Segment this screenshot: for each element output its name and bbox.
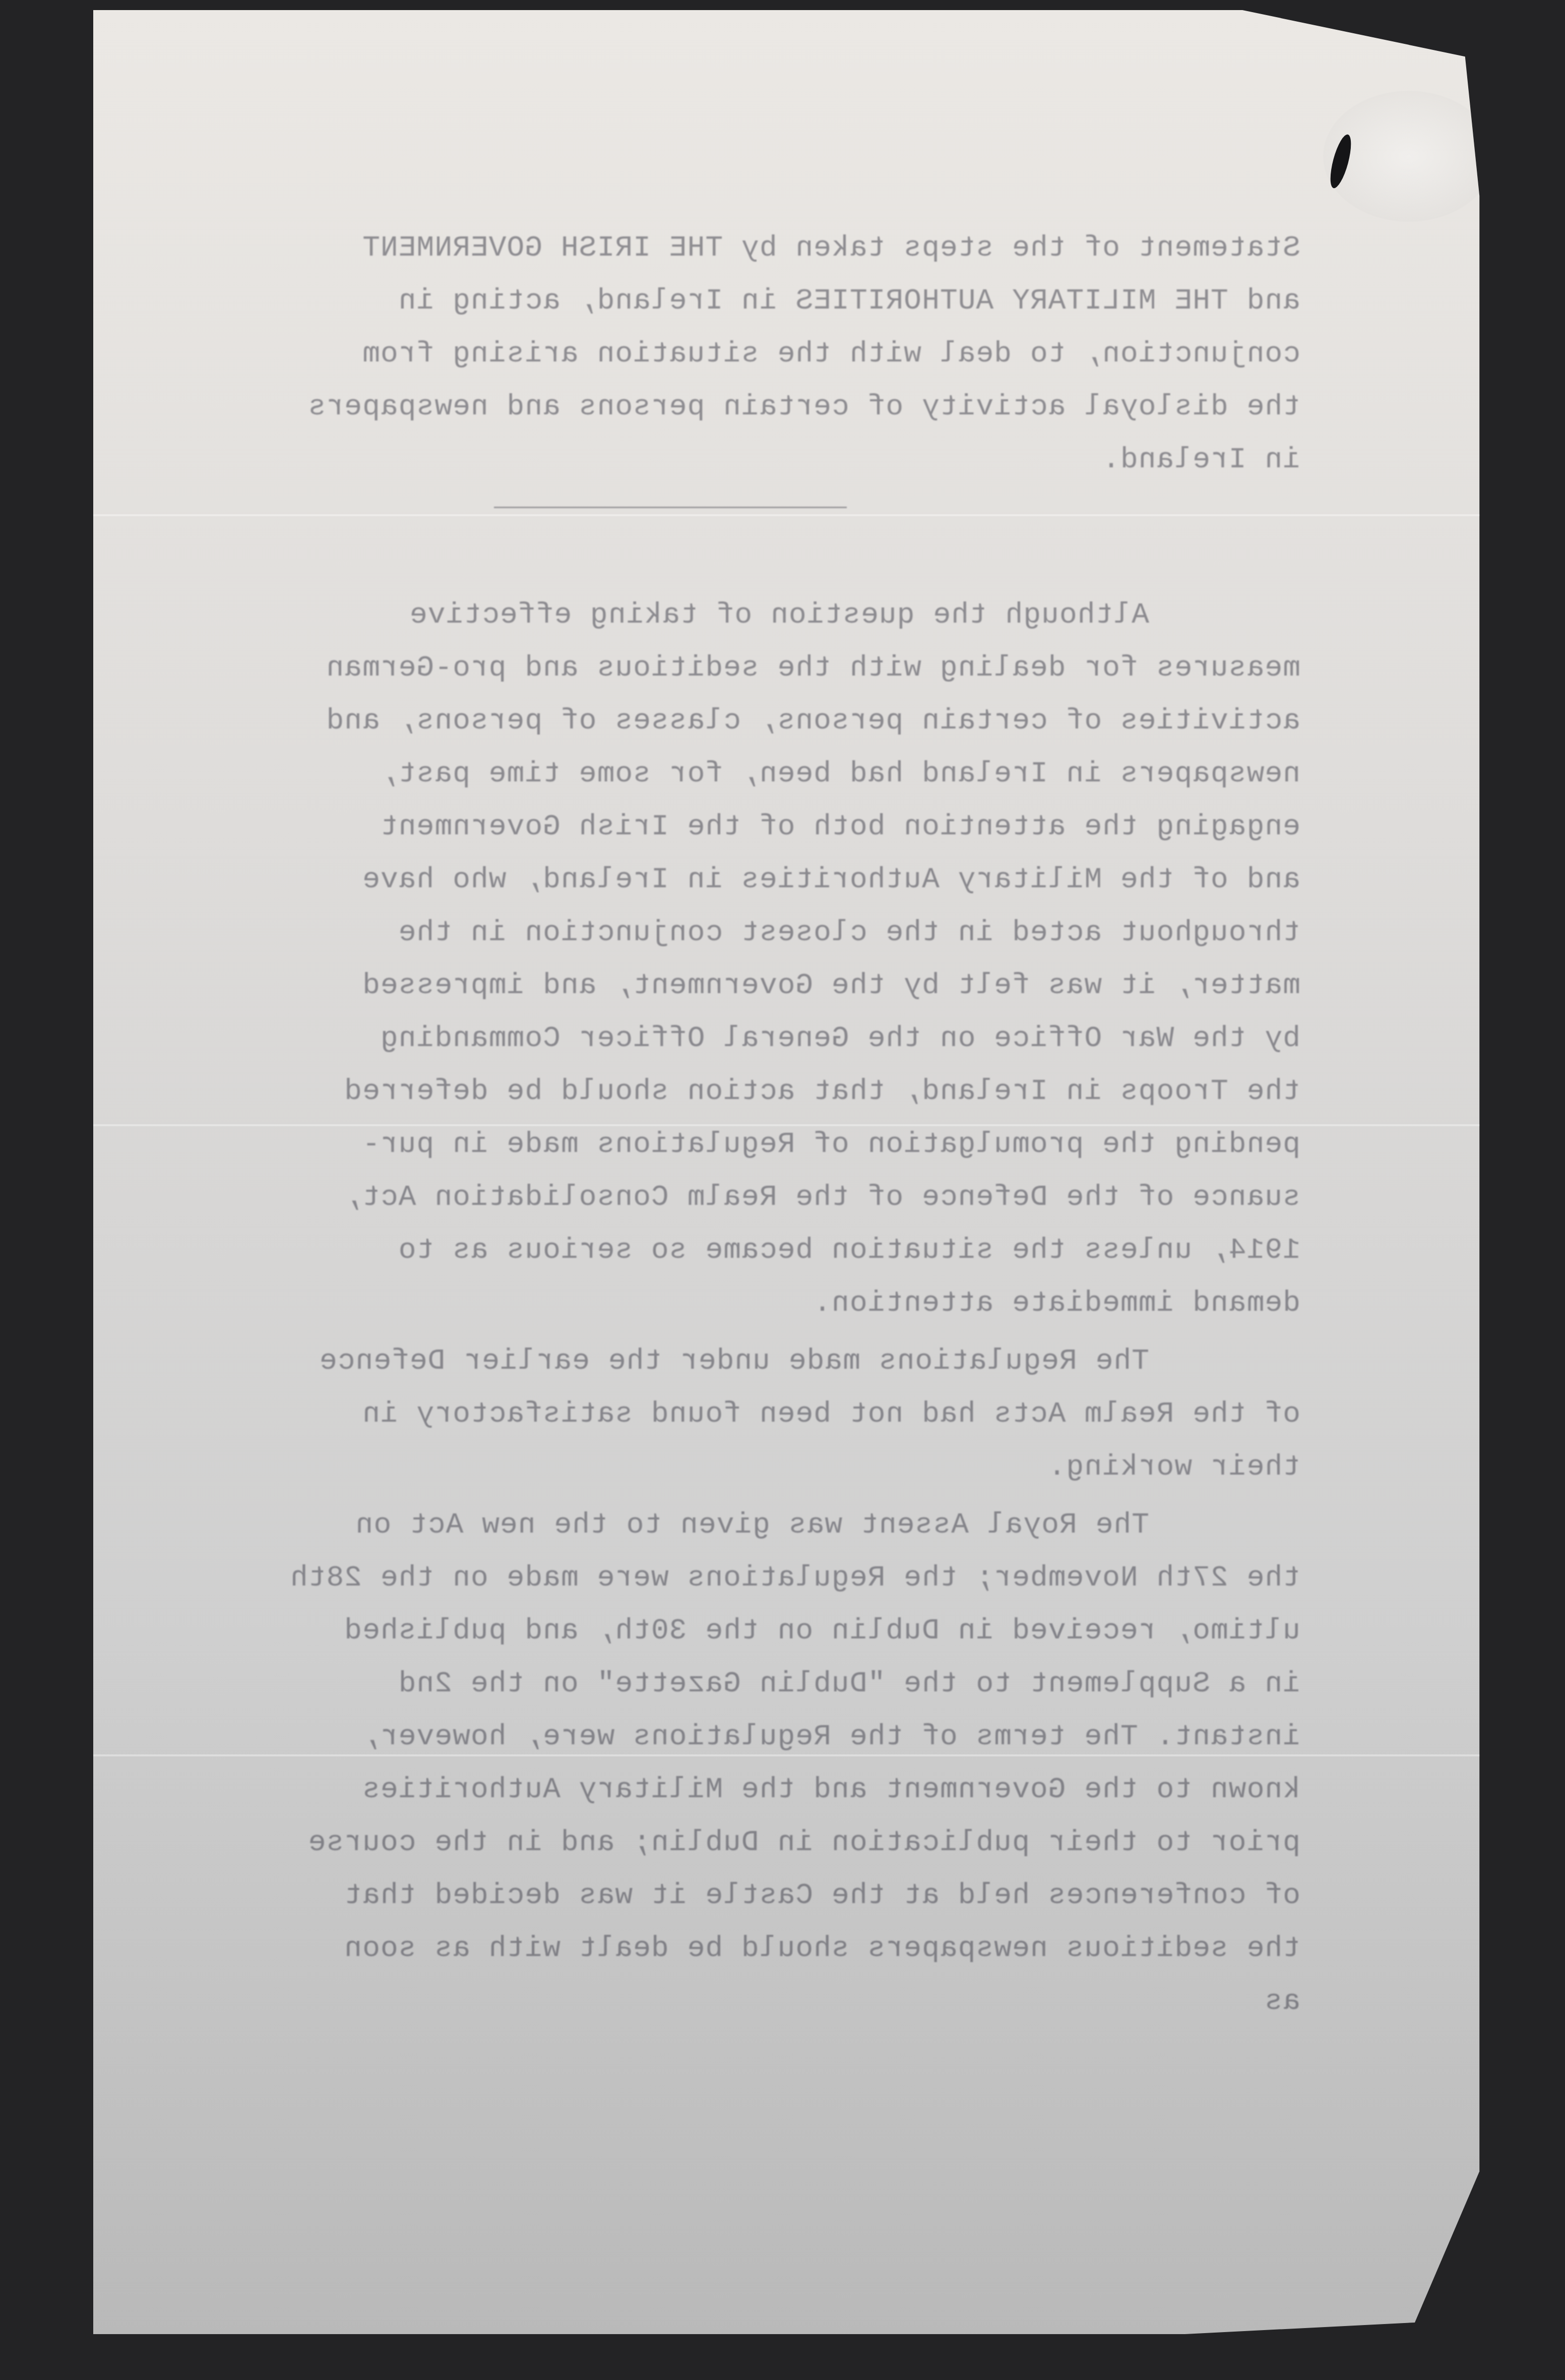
text-line: as — [343, 1975, 1300, 2028]
text-line: ultimo, received in Dublin on the 30th, … — [343, 1605, 1300, 1658]
heading-line: conjunction, to deal with the situation … — [343, 328, 1300, 381]
heading-line: and THE MILITARY AUTHORITIES in Ireland,… — [343, 275, 1300, 328]
paragraph: The Regulations made under the earlier D… — [343, 1335, 1300, 1494]
typed-text: Statement of the steps taken by THE IRIS… — [343, 222, 1300, 2033]
text-line: demand immediate attention. — [343, 1277, 1300, 1330]
text-line: prior to their publication in Dublin; an… — [343, 1816, 1300, 1869]
text-line: and of the Military Authorities in Irela… — [343, 853, 1300, 906]
text-line: throughout acted in the closest conjunct… — [343, 906, 1300, 959]
text-line: of the Realm Acts had not been found sat… — [343, 1388, 1300, 1441]
text-line: the seditious newspapers should be dealt… — [343, 1922, 1300, 1975]
heading-line: the disloyal activity of certain persons… — [343, 381, 1300, 434]
document-heading: Statement of the steps taken by THE IRIS… — [343, 222, 1300, 486]
heading-divider — [494, 507, 847, 508]
text-line: newspapers in Ireland had been, for some… — [343, 748, 1300, 801]
document-page: Statement of the steps taken by THE IRIS… — [93, 10, 1530, 2334]
paragraph: The Royal Assent was given to the new Ac… — [343, 1499, 1300, 2028]
text-line: matter, it was felt by the Government, a… — [343, 959, 1300, 1012]
text-line: the Troops in Ireland, that action shoul… — [343, 1065, 1300, 1118]
text-line: activities of certain persons, classes o… — [343, 695, 1300, 748]
text-line: engaging the attention both of the Irish… — [343, 801, 1300, 853]
text-line: their working. — [343, 1441, 1300, 1494]
text-line: The Royal Assent was given to the new Ac… — [343, 1499, 1300, 1552]
paragraph: Although the question of taking effectiv… — [343, 589, 1300, 1330]
heading-line: in Ireland. — [343, 434, 1300, 486]
text-line: in a Supplement to the "Dublin Gazette" … — [343, 1658, 1300, 1711]
body-paragraphs: Although the question of taking effectiv… — [343, 589, 1300, 2028]
heading-line: Statement of the steps taken by THE IRIS… — [343, 222, 1300, 275]
text-line: the 27th November; the Regulations were … — [343, 1552, 1300, 1605]
text-line: The Regulations made under the earlier D… — [343, 1335, 1300, 1388]
text-line: suance of the Defence of the Realm Conso… — [343, 1171, 1300, 1224]
text-line: known to the Government and the Military… — [343, 1763, 1300, 1816]
text-line: instant. The terms of the Regulations we… — [343, 1711, 1300, 1763]
text-line: measures for dealing with the seditious … — [343, 642, 1300, 695]
text-line: 1914, unless the situation became so ser… — [343, 1224, 1300, 1277]
text-line: pending the promulgation of Regulations … — [343, 1118, 1300, 1171]
text-line: Although the question of taking effectiv… — [343, 589, 1300, 642]
text-line: by the War Office on the General Officer… — [343, 1012, 1300, 1065]
text-line: of conferences held at the Castle it was… — [343, 1869, 1300, 1922]
show-through-text-layer: Statement of the steps taken by THE IRIS… — [93, 10, 1530, 2334]
